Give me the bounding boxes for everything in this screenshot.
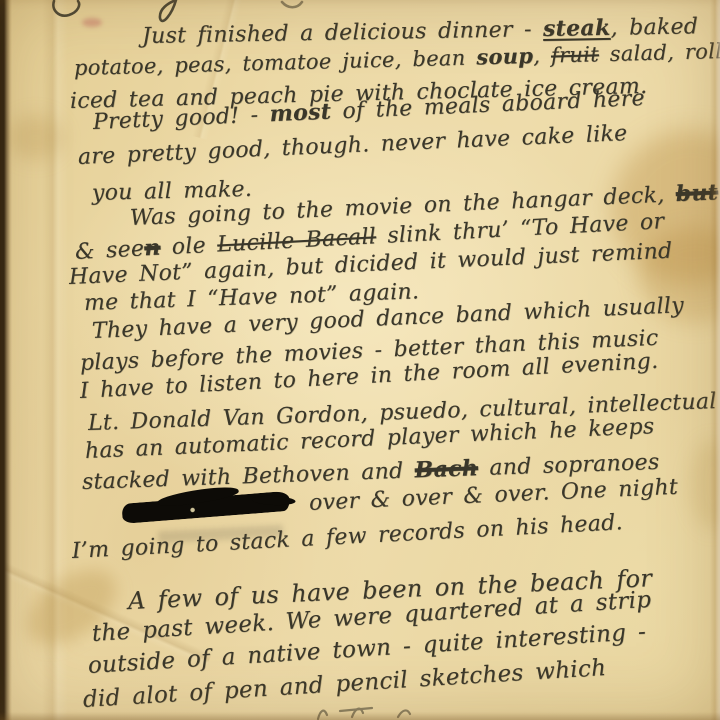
scan-edge-bottom [0,712,720,720]
text-segment: steak [543,15,611,42]
text-segment: salad, rolls, [599,39,720,67]
text-segment: soup [476,43,534,69]
text-segment: Bach [414,455,478,483]
censor-mark [121,491,290,524]
letter-page: Just finished a delicious dinner - steak… [0,0,720,720]
text-segment: potatoe, peas, tomatoe juice, bean [74,45,477,80]
text-segment: most [269,99,332,128]
text-segment: , [533,44,551,68]
scan-edge-left [0,0,12,720]
letter-lines: Just finished a delicious dinner - steak… [0,0,720,720]
text-segment: n [144,235,162,262]
text-segment: fruit [551,42,600,67]
text-segment: , baked [610,14,698,41]
text-segment: ole [160,233,218,261]
text-segment: & see [74,236,145,265]
scan-edge-right [710,0,720,720]
